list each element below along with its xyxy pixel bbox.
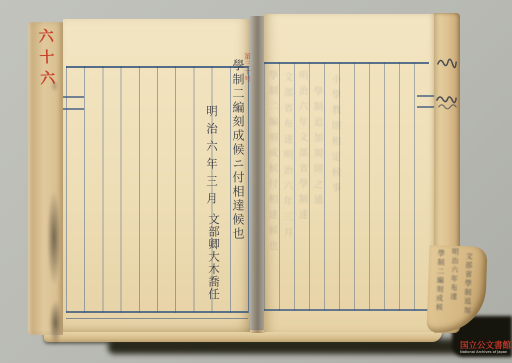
archives-watermark: 国立公文書館 National Archives of Japan bbox=[460, 339, 512, 358]
frame-bottom-line-left bbox=[66, 311, 248, 319]
fold-marker-right bbox=[417, 95, 434, 108]
archives-name-english: National Archives of Japan bbox=[460, 350, 483, 354]
photo-of-archival-book: 六十六 第三十号 學制二編刻成候ニ付相達候也 明治六年三月 文部卿大木喬任 學制… bbox=[0, 0, 512, 363]
edge-page-text: 文部省學制追加 bbox=[463, 252, 472, 315]
signature-text: 文部卿大木喬任 bbox=[208, 213, 220, 301]
right-page: 學制二編刻成候付相達候也 文部省布達明治六年三月 明治六年文部省學制達 學制追加… bbox=[264, 14, 434, 332]
edge-page-text: 學制二編刻成候 bbox=[435, 249, 444, 312]
proclamation-text: 學制二編刻成候ニ付相達候也 bbox=[232, 59, 244, 241]
left-fore-edge: 六十六 bbox=[28, 22, 63, 335]
ink-smudge bbox=[47, 190, 61, 286]
bleedthrough-text: 學制二編刻成候付相達候也 bbox=[267, 70, 277, 256]
bleedthrough-text: 文部省布達明治六年三月 bbox=[282, 72, 292, 243]
fold-marker-left bbox=[63, 96, 84, 110]
bleedthrough-text: 小學教則相定候事 bbox=[330, 74, 340, 198]
date-text: 明治六年三月 bbox=[206, 105, 218, 210]
volume-number-label: 六十六 bbox=[35, 28, 59, 121]
edge-ink-squiggle bbox=[436, 55, 458, 71]
ink-smudge bbox=[51, 80, 58, 92]
bleedthrough-text: 明治六年文部省學制達 bbox=[297, 70, 307, 225]
edge-ink-squiggle bbox=[435, 93, 458, 113]
gutter-crease bbox=[249, 16, 265, 333]
ink-smudge bbox=[49, 300, 62, 346]
edge-page-text: 明治六年布達 bbox=[450, 248, 459, 302]
ruled-columns-left bbox=[66, 66, 249, 313]
frame-bottom-line-right bbox=[264, 309, 429, 315]
left-page: 第三十号 學制二編刻成候ニ付相達候也 明治六年三月 文部卿大木喬任 bbox=[63, 19, 250, 332]
bleedthrough-text: 學制追加規則之通 bbox=[312, 86, 322, 210]
